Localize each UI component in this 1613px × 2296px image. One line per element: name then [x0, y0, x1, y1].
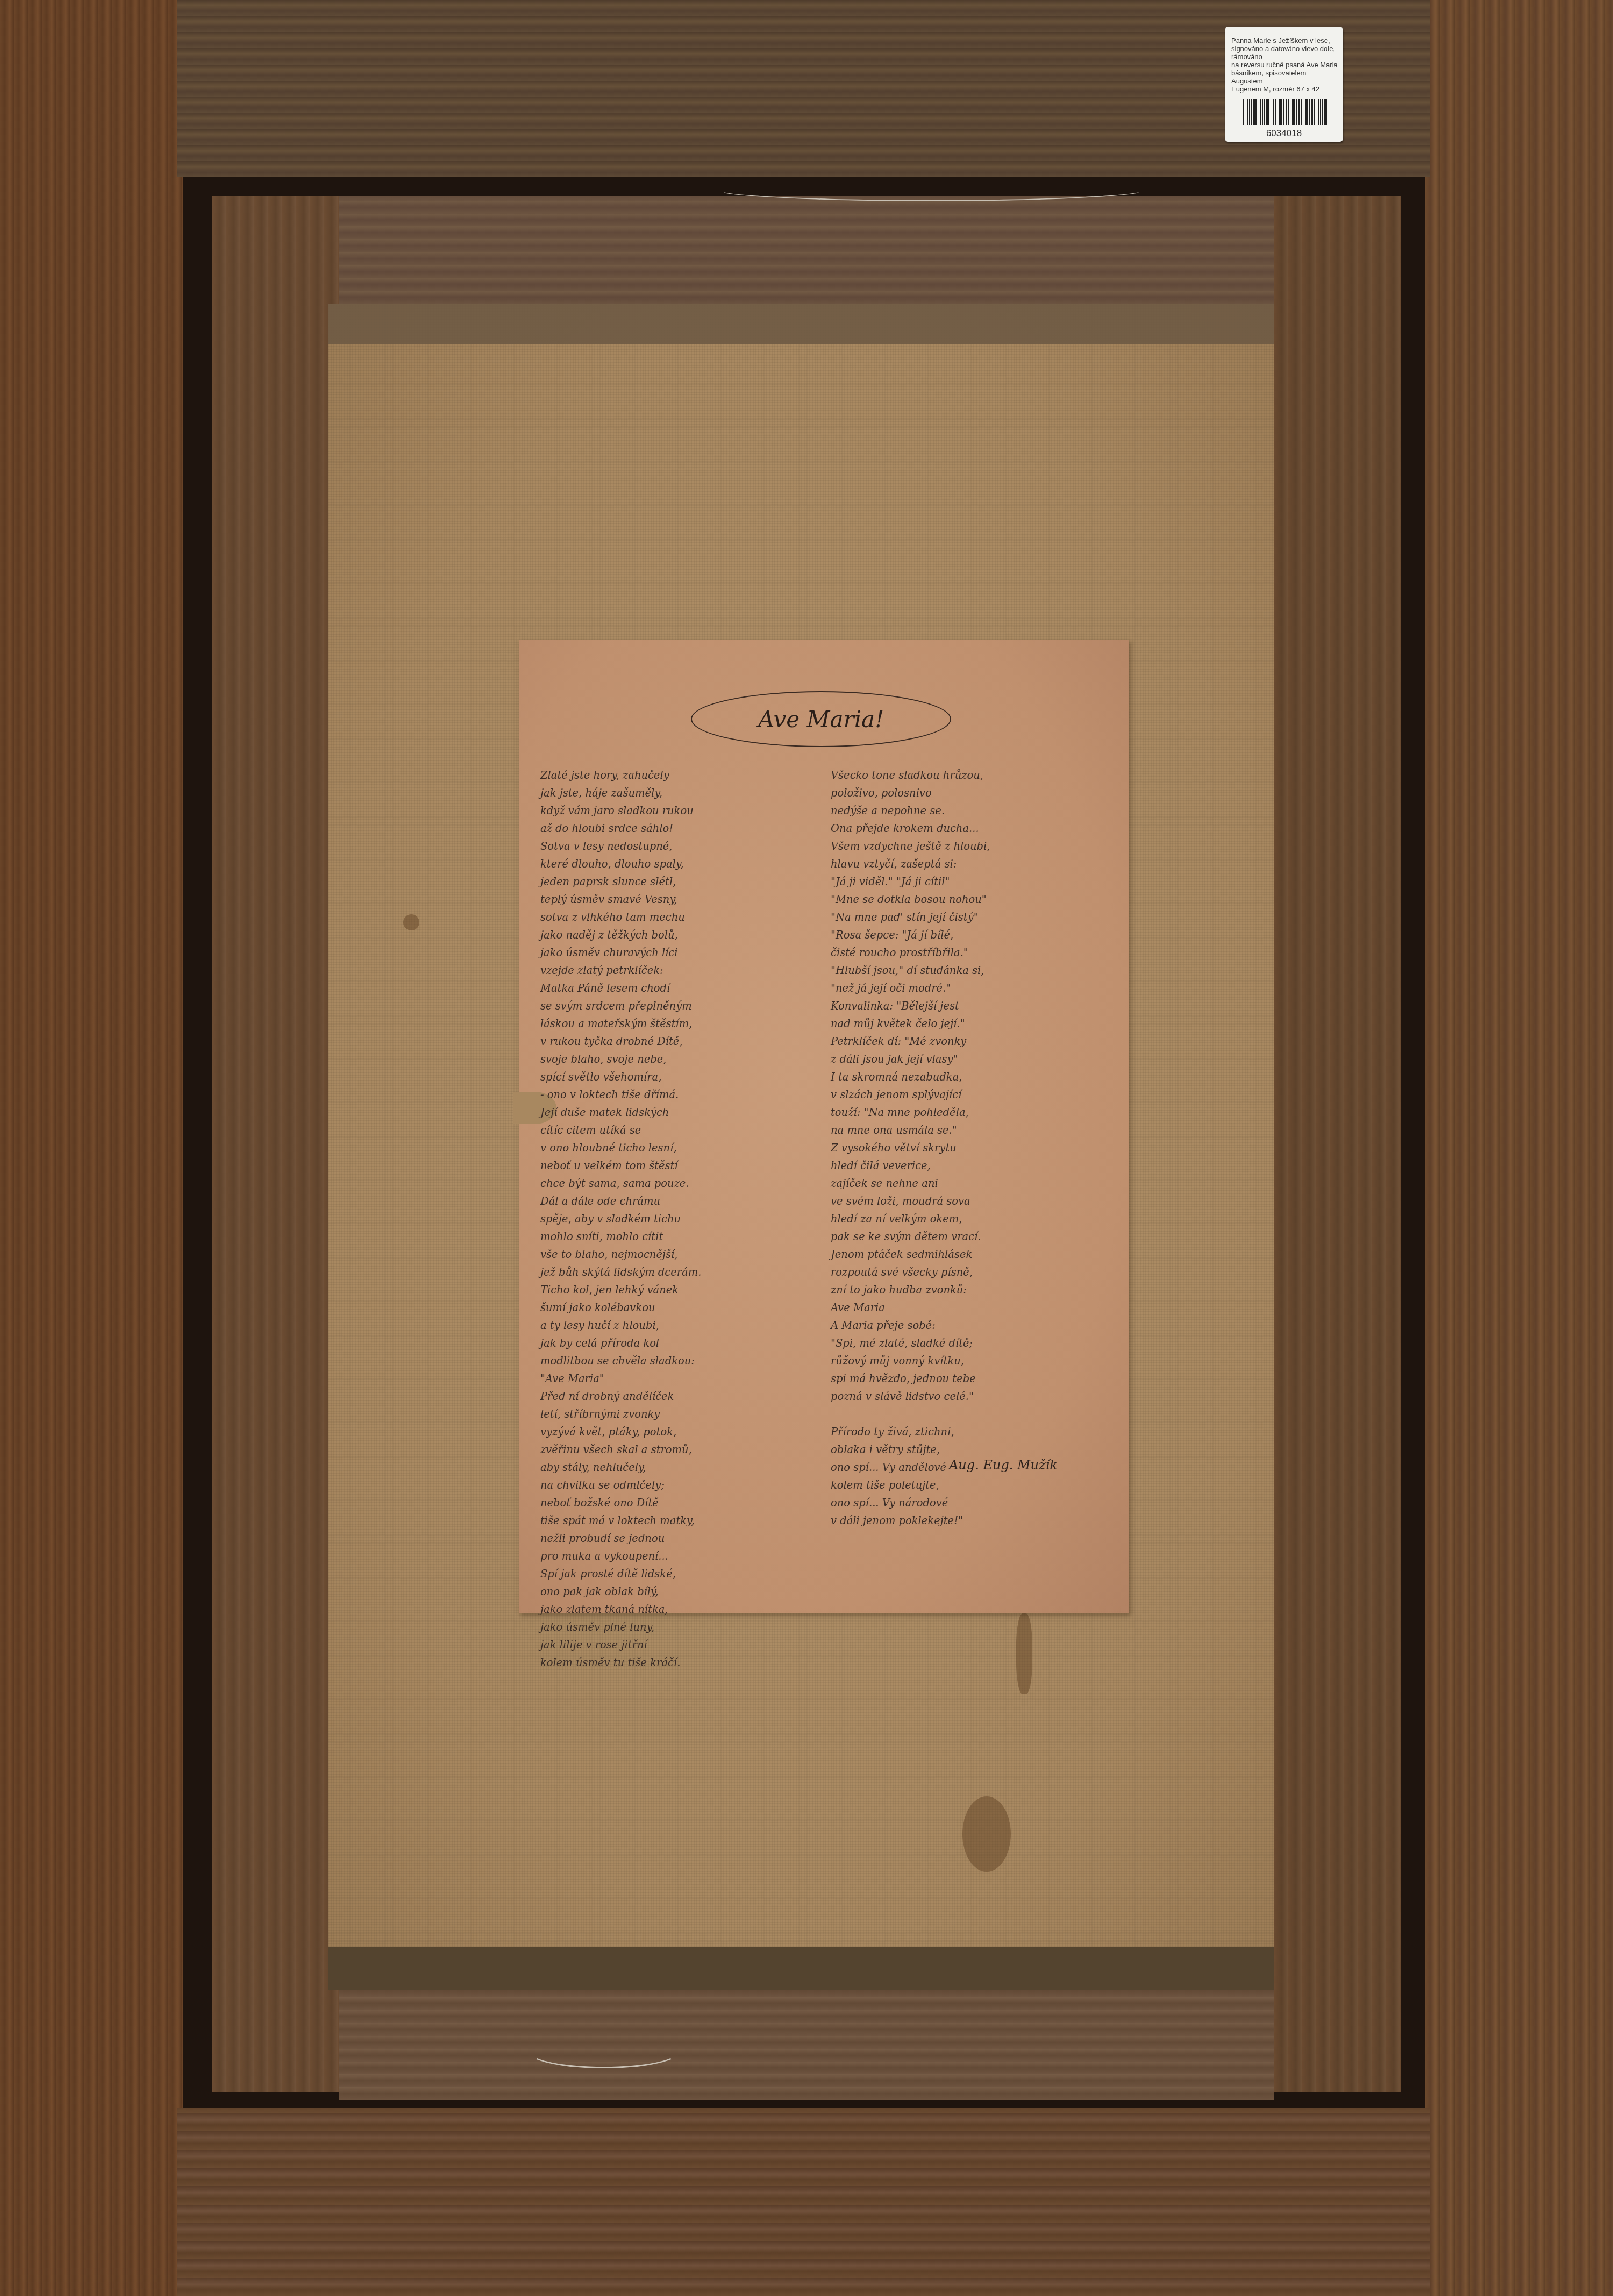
- poem-line: v ono hloubné ticho lesní,: [540, 1139, 825, 1157]
- poem-line: šumí jako kolébavkou: [540, 1299, 825, 1317]
- poem-line: pro muka a vykoupení...: [540, 1547, 825, 1565]
- frame-bottom-rail: [177, 2108, 1430, 2296]
- label-line: na reversu ručně psaná Ave Maria: [1231, 61, 1339, 69]
- poem-line: tiše spát má v loktech matky,: [540, 1512, 825, 1530]
- poem-line: kolem úsměv tu tiše kráčí.: [540, 1654, 825, 1672]
- stretcher-left-bar: [212, 196, 339, 2092]
- catalogue-label: Panna Marie s Ježíškem v lese,signováno …: [1225, 27, 1343, 142]
- poem-line: hledí za ní velkým okem,: [831, 1210, 1116, 1228]
- stain-drip: [1016, 1613, 1032, 1694]
- poem-line: na mne ona usmála se.": [831, 1121, 1116, 1139]
- label-line: Panna Marie s Ježíškem v lese,: [1231, 37, 1339, 45]
- poem-line: nad můj květek čelo její.": [831, 1015, 1116, 1033]
- poem-line: jež bůh skýtá lidským dcerám.: [540, 1263, 825, 1281]
- poem-line: Matka Páně lesem chodí: [540, 979, 825, 997]
- poem-line: - ono v loktech tiše dřímá.: [540, 1086, 825, 1104]
- poem-line: z dáli jsou jak její vlasy": [831, 1050, 1116, 1068]
- poem-line: "Ave Maria": [540, 1370, 825, 1388]
- poem-line: a ty lesy hučí z hloubi,: [540, 1317, 825, 1334]
- poem-line: když vám jaro sladkou rukou: [540, 802, 825, 820]
- poem-line: vzejde zlatý petrklíček:: [540, 962, 825, 979]
- poem-line: letí, stříbrnými zvonky: [540, 1405, 825, 1423]
- barcode-number: 6034018: [1225, 128, 1343, 139]
- stretcher-top-bar: [339, 196, 1274, 304]
- stain-blot: [962, 1796, 1011, 1872]
- poem-line: položivo, polosnivo: [831, 784, 1116, 802]
- poem-line: nežli probudí se jednou: [540, 1530, 825, 1547]
- poem-line: "Mne se dotkla bosou nohou": [831, 891, 1116, 908]
- poem-line: jak jste, háje zašuměly,: [540, 784, 825, 802]
- poem-line: Spí jak prosté dítě lidské,: [540, 1565, 825, 1583]
- frame-right-rail: [1425, 0, 1613, 2296]
- poem-line: "Spi, mé zlaté, sladké dítě;: [831, 1334, 1116, 1352]
- poem-line: svoje blaho, svoje nebe,: [540, 1050, 825, 1068]
- poem-line: jako úsměv churavých líci: [540, 944, 825, 962]
- poem-line: hledí čilá veverice,: [831, 1157, 1116, 1175]
- label-line: rámováno: [1231, 53, 1339, 61]
- poem-line: Ave Maria: [831, 1299, 1116, 1317]
- poem-line: Ona přejde krokem ducha...: [831, 820, 1116, 837]
- poem-line: ono pak jak oblak bílý,: [540, 1583, 825, 1601]
- poem-line: sotva z vlhkého tam mechu: [540, 908, 825, 926]
- stain-spot: [403, 914, 419, 930]
- poem-line: Zlaté jste hory, zahučely: [540, 766, 825, 784]
- poem-line: aby stály, nehlučely,: [540, 1459, 825, 1476]
- poem-line: mohlo sníti, mohlo cítit: [540, 1228, 825, 1246]
- poem-line: v slzách jenom splývající: [831, 1086, 1116, 1104]
- stretcher-right-bar: [1274, 196, 1401, 2092]
- poem-line: neboť božské ono Dítě: [540, 1494, 825, 1512]
- poem-line: teplý úsměv smavé Vesny,: [540, 891, 825, 908]
- poem-line: jak lilije v rose jitřní: [540, 1636, 825, 1654]
- poem-line: Jenom ptáček sedmihlásek: [831, 1246, 1116, 1263]
- poem-line: pozná v slávě lidstvo celé.": [831, 1388, 1116, 1405]
- poem-line: ono spí... Vy národové: [831, 1494, 1116, 1512]
- poem-line: hlavu vztyčí, zašeptá si:: [831, 855, 1116, 873]
- frame-left-rail: [0, 0, 183, 2296]
- poem-line: Sotva v lesy nedostupné,: [540, 837, 825, 855]
- poem-line: Všecko tone sladkou hrůzou,: [831, 766, 1116, 784]
- poem-line: jako úsměv plné luny,: [540, 1618, 825, 1636]
- poem-line: "Rosa šepce: "Já jí bílé,: [831, 926, 1116, 944]
- poem-line: jak by celá příroda kol: [540, 1334, 825, 1352]
- poem-line: vše to blaho, nejmocnější,: [540, 1246, 825, 1263]
- poem-line: jako naděj z těžkých bolů,: [540, 926, 825, 944]
- poem-line: zajíček se nehne ani: [831, 1175, 1116, 1192]
- poem-left-column: Zlaté jste hory, zahučelyjak jste, háje …: [540, 766, 825, 1672]
- poem-line: Její duše matek lidských: [540, 1104, 825, 1121]
- poem-line: růžový můj vonný kvítku,: [831, 1352, 1116, 1370]
- canvas-bottom-shadow-band: [328, 1947, 1274, 1990]
- stretcher-bottom-bar: [339, 1985, 1274, 2100]
- label-description: Panna Marie s Ježíškem v lese,signováno …: [1231, 37, 1339, 93]
- poem-line: spi má hvězdo, jednou tebe: [831, 1370, 1116, 1388]
- hanging-wire-loop: [527, 2033, 681, 2068]
- poem-line: neboť u velkém tom štěstí: [540, 1157, 825, 1175]
- poem-line: vyzývá květ, ptáky, potok,: [540, 1423, 825, 1441]
- poem-line: jeden paprsk slunce slétl,: [540, 873, 825, 891]
- poem-line: zvěřinu všech skal a stromů,: [540, 1441, 825, 1459]
- poem-line: cítíc citem utíká se: [540, 1121, 825, 1139]
- poem-line: modlitbou se chvěla sladkou:: [540, 1352, 825, 1370]
- poem-line: Ticho kol, jen lehký vánek: [540, 1281, 825, 1299]
- poem-line: oblaka i větry stůjte,: [831, 1441, 1116, 1459]
- manuscript-title: Ave Maria!: [758, 706, 884, 733]
- poem-line: "Na mne pad' stín její čistý": [831, 908, 1116, 926]
- label-line: Eugenem M, rozměr 67 x 42: [1231, 85, 1339, 93]
- poem-line: zní to jako hudba zvonků:: [831, 1281, 1116, 1299]
- poem-right-column: Všecko tone sladkou hrůzou,položivo, pol…: [831, 766, 1116, 1530]
- manuscript-sheet: Ave Maria! Zlaté jste hory, zahučelyjak …: [519, 640, 1129, 1613]
- poem-line: láskou a mateřským štěstím,: [540, 1015, 825, 1033]
- poem-line: ve svém loži, moudrá sova: [831, 1192, 1116, 1210]
- poem-line: rozpoutá své všecky písně,: [831, 1263, 1116, 1281]
- poem-line: spěje, aby v sladkém tichu: [540, 1210, 825, 1228]
- poem-line: Přírodo ty živá, ztichni,: [831, 1423, 1116, 1441]
- poem-line: touží: "Na mne pohleděla,: [831, 1104, 1116, 1121]
- poem-line: které dlouho, dlouho spaly,: [540, 855, 825, 873]
- author-signature: Aug. Eug. Mužík: [949, 1458, 1058, 1473]
- poem-line: pak se ke svým dětem vrací.: [831, 1228, 1116, 1246]
- poem-line: Konvalinka: "Bělejší jest: [831, 997, 1116, 1015]
- poem-line: [831, 1405, 1116, 1423]
- poem-line: kolem tiše poletujte,: [831, 1476, 1116, 1494]
- poem-line: v rukou tyčka drobné Dítě,: [540, 1033, 825, 1050]
- poem-line: Z vysokého větví skrytu: [831, 1139, 1116, 1157]
- title-cartouche: Ave Maria!: [691, 691, 951, 747]
- barcode: [1243, 99, 1329, 125]
- poem-line: až do hloubi srdce sáhlo!: [540, 820, 825, 837]
- poem-line: čisté roucho prostříbřila.": [831, 944, 1116, 962]
- poem-line: nedýše a nepohne se.: [831, 802, 1116, 820]
- poem-line: "Hlubší jsou," dí studánka si,: [831, 962, 1116, 979]
- canvas-top-shadow-band: [328, 304, 1274, 344]
- poem-line: Petrklíček dí: "Mé zvonky: [831, 1033, 1116, 1050]
- poem-line: Před ní drobný andělíček: [540, 1388, 825, 1405]
- label-line: signováno a datováno vlevo dole,: [1231, 45, 1339, 53]
- poem-line: Dál a dále ode chrámu: [540, 1192, 825, 1210]
- poem-line: "než já její oči modré.": [831, 979, 1116, 997]
- poem-line: chce být sama, sama pouze.: [540, 1175, 825, 1192]
- poem-line: se svým srdcem přeplněným: [540, 997, 825, 1015]
- poem-line: v dáli jenom poklekejte!": [831, 1512, 1116, 1530]
- poem-line: spící světlo všehomíra,: [540, 1068, 825, 1086]
- poem-line: na chvilku se odmlčely;: [540, 1476, 825, 1494]
- poem-line: I ta skromná nezabudka,: [831, 1068, 1116, 1086]
- poem-line: jako zlatem tkaná nítka,: [540, 1601, 825, 1618]
- hanging-wire-top: [715, 177, 1147, 201]
- poem-line: Všem vzdychne ještě z hloubi,: [831, 837, 1116, 855]
- poem-line: "Já ji viděl." "Já ji cítil": [831, 873, 1116, 891]
- label-line: básníkem, spisovatelem Augustem: [1231, 69, 1339, 85]
- poem-line: A Maria přeje sobě:: [831, 1317, 1116, 1334]
